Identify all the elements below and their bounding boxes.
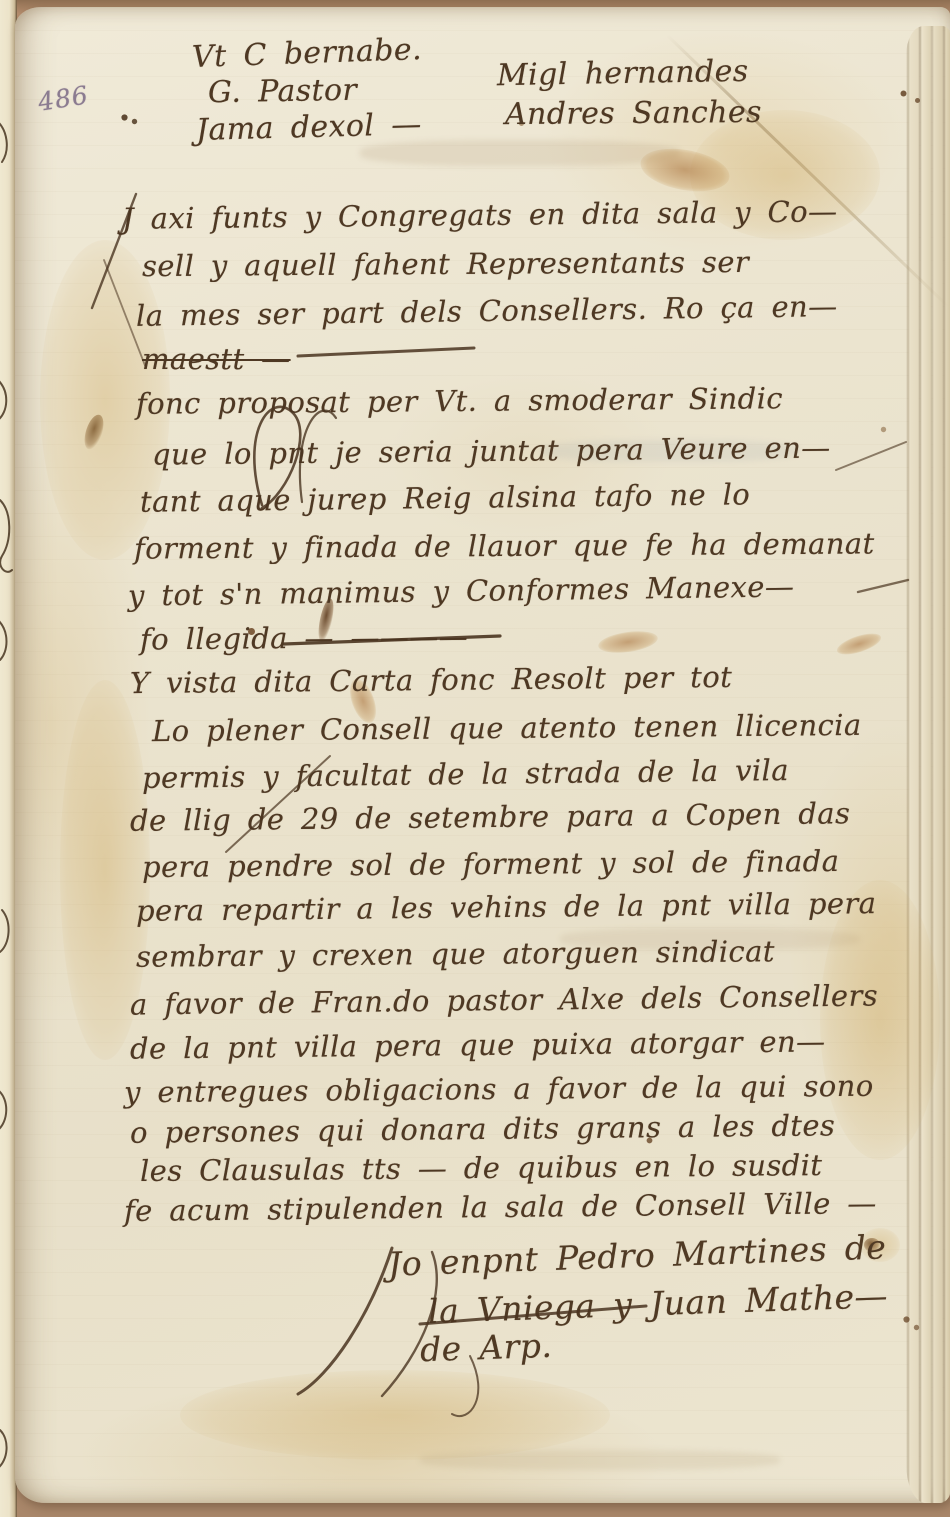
ink-flourishes <box>0 0 950 1517</box>
manuscript-photo: { "document": { "type": "17th-century ha… <box>0 0 950 1517</box>
